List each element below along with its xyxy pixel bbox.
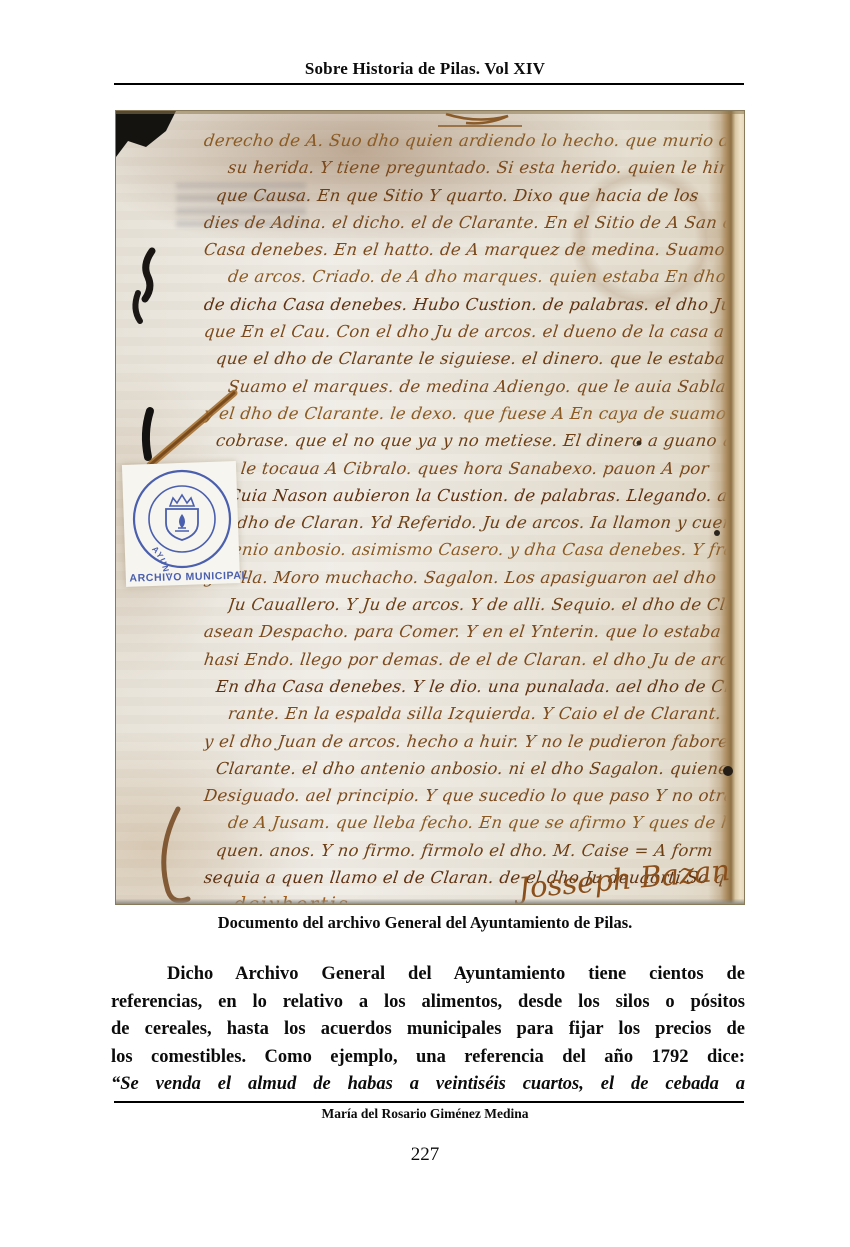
manuscript-line: rante. En la espalda silla Izquierda. Y …: [226, 700, 743, 727]
book-gutter-shadow: [708, 111, 744, 904]
manuscript-line: asean Despacho. para Comer. Y en el Ynte…: [202, 618, 743, 645]
body-line: los comestibles. Como ejemplo, una refer…: [111, 1044, 745, 1072]
manuscript-line: cobrase. que el no que ya y no metiese. …: [214, 427, 743, 454]
manuscript-line: En dha Casa denebes. Y le dio. una punal…: [214, 673, 743, 700]
manuscript-line: dies de Adina. el dicho. el de Clarante.…: [202, 209, 743, 236]
stamp-ring-text: AYUNTAMIENTO DE PILAS - SEVILLA - EXCMO.: [126, 529, 172, 575]
footer-rule: [114, 1101, 744, 1103]
manuscript-line: y el dho Juan de arcos. hecho a huir. Y …: [202, 728, 743, 755]
manuscript-line: a el le tocaua A Cibralo. ques hora Sana…: [202, 455, 743, 482]
manuscript-line: Desiguado. ael principio. Y que sucedio …: [202, 782, 743, 809]
manuscript-line: que el dho de Clarante le siguiese. el d…: [214, 345, 743, 372]
manuscript-line: de arcos. Criado. de A dho marques. quie…: [226, 263, 743, 290]
body-quote-line: “Se venda el almud de habas a veintiséis…: [111, 1071, 745, 1099]
manuscript-line: y el dho de Clarante. le dexo. que fuese…: [202, 400, 743, 427]
book-page: Sobre Historia de Pilas. Vol XIV derecho…: [0, 0, 850, 1247]
manuscript-line: de A Jusam. que lleba fecho. En que se a…: [226, 809, 743, 836]
figure-caption: Documento del archivo General del Ayunta…: [0, 913, 850, 933]
page-number: 227: [0, 1144, 850, 1166]
stamp-seal-icon: AYUNTAMIENTO DE PILAS - SEVILLA - EXCMO.: [126, 463, 238, 575]
body-paragraph: Dicho Archivo General del Ayuntamiento t…: [111, 961, 745, 1099]
manuscript-line: de dicha Casa denebes. Hubo Custion. de …: [202, 291, 743, 318]
manuscript-line: hasi Endo. llego por demas. de el de Cla…: [202, 646, 743, 673]
manuscript-line: el dho de Claran. Yd Referido. Ju de arc…: [214, 509, 743, 536]
manuscript-line: que Causa. En que Sitio Y quarto. Dixo q…: [214, 182, 743, 209]
manuscript-line: Casa denebes. En el hatto. de A marquez …: [202, 236, 743, 263]
manuscript-line: gadilla. Moro muchacho. Sagalon. Los apa…: [202, 564, 743, 591]
manuscript-line: derecho de A. Suo dho quien ardiendo lo …: [202, 127, 743, 154]
author-line: María del Rosario Giménez Medina: [0, 1106, 850, 1122]
manuscript-line: que En el Cau. Con el dho Ju de arcos. e…: [202, 318, 743, 345]
header-rule: [114, 83, 744, 85]
manuscript-text: derecho de A. Suo dho quien ardiendo lo …: [204, 127, 742, 904]
manuscript-line: Clarante. el dho antenio anbosio. ni el …: [214, 755, 743, 782]
manuscript-line: antenio anbosio. asimismo Casero. y dha …: [202, 536, 743, 563]
clipped-bottom-line: dcivhortis: [234, 893, 350, 905]
manuscript-line: Suamo el marques. de medina Adiengo. que…: [226, 373, 743, 400]
municipal-stamp: AYUNTAMIENTO DE PILAS - SEVILLA - EXCMO.…: [124, 463, 250, 597]
body-line: referencias, en lo relativo a los alimen…: [111, 989, 745, 1017]
manuscript-line: su herida. Y tiene preguntado. Si esta h…: [226, 154, 743, 181]
body-line: Dicho Archivo General del Ayuntamiento t…: [111, 961, 745, 989]
manuscript-line: Ju Cauallero. Y Ju de arcos. Y de alli. …: [226, 591, 743, 618]
manuscript-scan: derecho de A. Suo dho quien ardiendo lo …: [115, 110, 745, 905]
stamp-label: ARCHIVO MUNICIPAL: [116, 569, 262, 585]
body-line: de cereales, hasta los acuerdos municipa…: [111, 1016, 745, 1044]
manuscript-line: Cuia Nason aubieron la Custion. de palab…: [226, 482, 743, 509]
running-head: Sobre Historia de Pilas. Vol XIV: [0, 59, 850, 79]
